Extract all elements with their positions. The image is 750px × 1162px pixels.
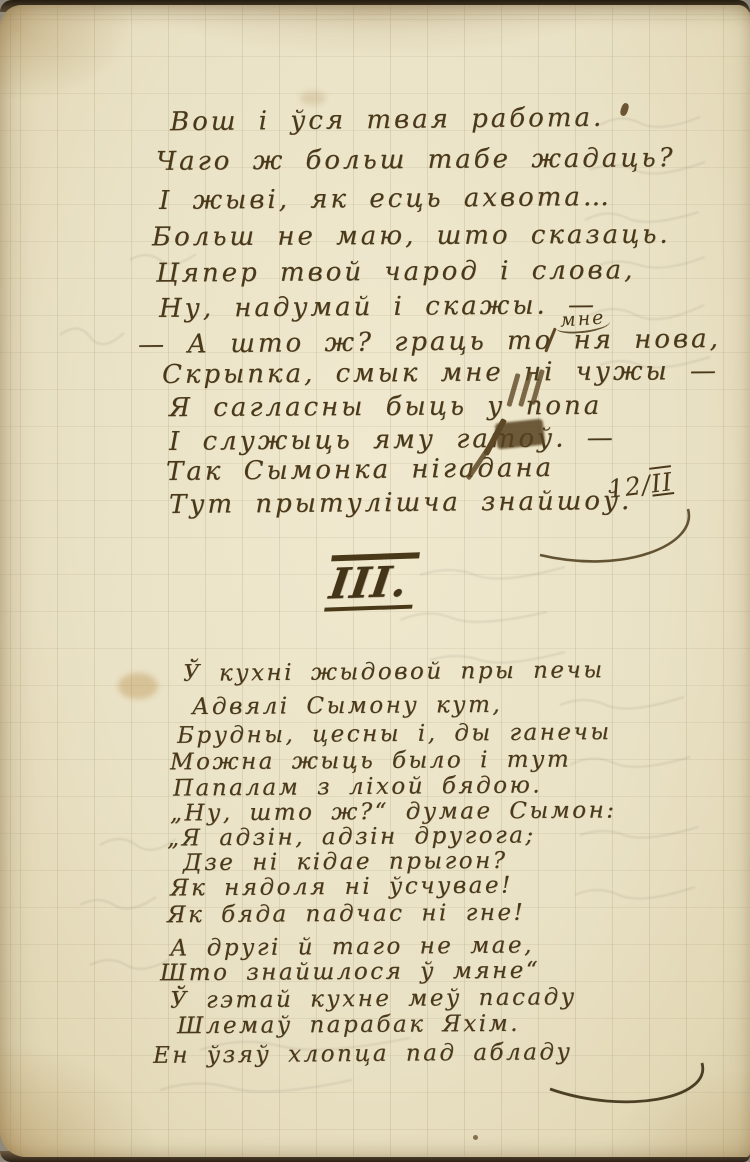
paper-stain [118,673,158,699]
manuscript-photo: Вош і ўся твая работа. Чаго ж больш табе… [0,0,750,1162]
manuscript-line: Скрыпка, смык мне ні чужы — [162,356,719,390]
manuscript-line: Як бяда падчас ні гне! [167,900,525,929]
manuscript-line: Як нядоля ні ўсчувае! [170,873,513,902]
manuscript-line: Ў гэтай кухне меў пасаду [170,984,577,1014]
section-heading: III. [324,552,419,612]
manuscript-line: Больш не маю, што сказаць. [152,220,671,253]
paper-stain [300,91,326,105]
notebook-page: Вош і ўся твая работа. Чаго ж больш табе… [0,5,750,1157]
manuscript-line: Так Сымонка нігадана [166,453,554,487]
manuscript-line: Тут прытулішча знайшоў. [169,486,633,520]
manuscript-line: Цяпер твой чарод і слова, [156,255,636,288]
manuscript-line: „Ну, што ж?“ думае Сымон: [170,797,617,826]
manuscript-line: І жыві, як есць ахвота… [159,182,612,216]
manuscript-line: Ў кухні жыдовой пры печы [183,657,605,687]
manuscript-line: Можна жыць было і тут [170,747,571,776]
date-roman-numeral: II [649,467,674,498]
date-prefix: 12/ [606,470,652,504]
manuscript-line: Чаго ж больш табе жадаць? [156,143,676,177]
manuscript-line: Шлемаў парабак Яхім. [177,1011,520,1039]
manuscript-line: Брудны, цесны і, ды ганечы [177,719,612,749]
manuscript-line: І служыць яму гатоў. — [169,423,616,457]
manuscript-line: — А што ж? граць то ня нова, [138,324,721,360]
manuscript-line: Адвялі Сымону кут, [192,692,502,720]
manuscript-line: Ну, надумай і скажы. — [159,290,597,324]
manuscript-line: Вош і ўся твая работа. [170,103,605,138]
manuscript-line: Папалам з ліхой бядою. [173,772,542,801]
manuscript-line: Што знайшлося ў мяне“ [160,958,540,987]
manuscript-line: Дзе ні кідае прыгон? [183,848,508,876]
manuscript-line: Ен ўзяў хлопца пад абладу [153,1039,573,1069]
ink-speck [473,1135,478,1140]
